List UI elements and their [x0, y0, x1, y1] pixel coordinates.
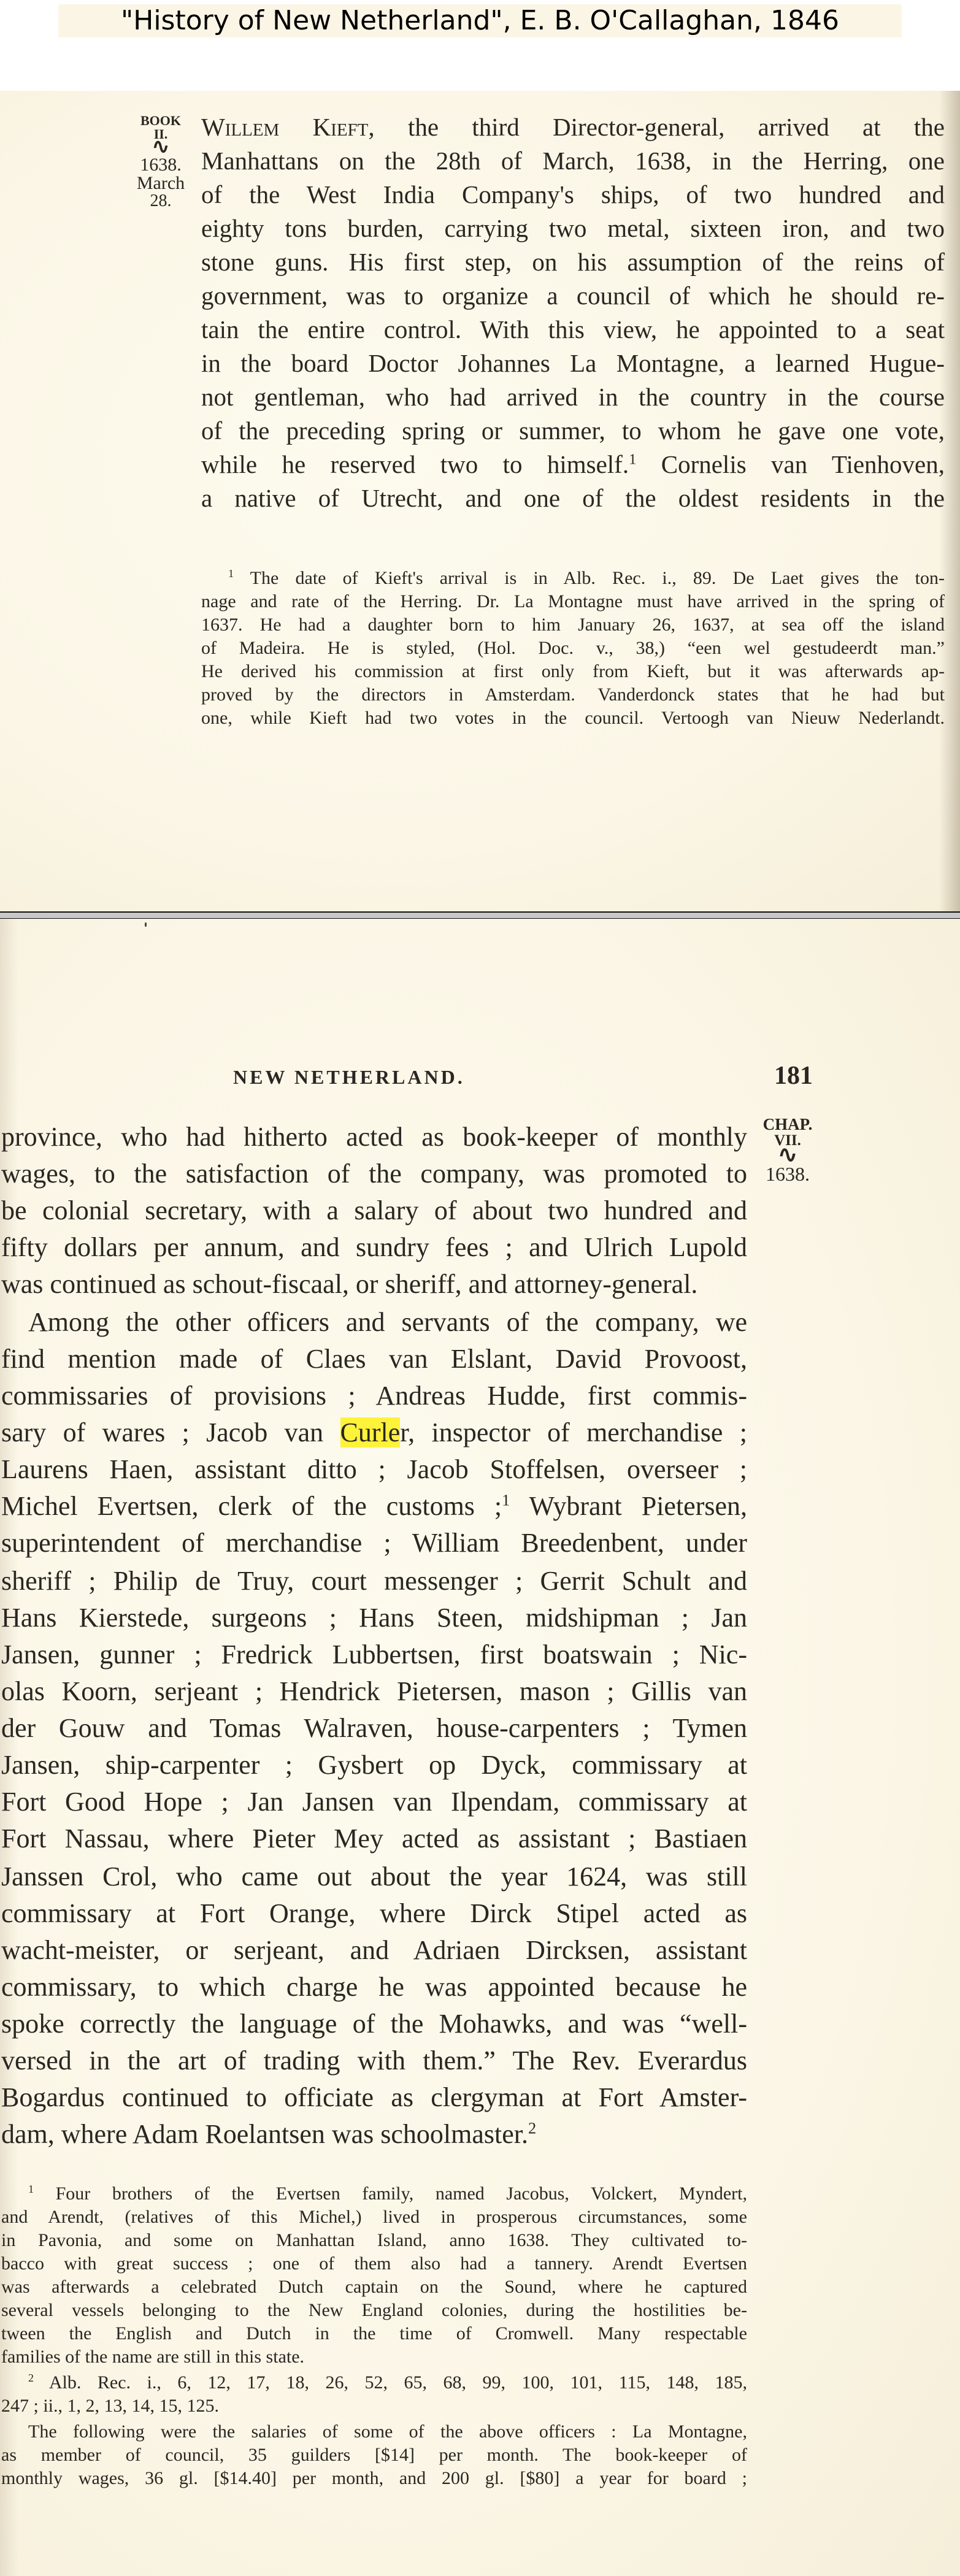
margin-note-book: BOOK II. ∿ 1638. March 28.: [130, 114, 191, 210]
body-line: spoke correctly the language of the Moha…: [1, 2006, 747, 2042]
body-line: commissaries of provisions ; Andreas Hud…: [1, 1378, 747, 1414]
body-line: dam, where Adam Roelantsen was schoolmas…: [1, 2116, 747, 2153]
page-180: BOOK II. ∿ 1638. March 28. Willem Kieft,…: [0, 91, 960, 912]
body-line: government, was to organize a council of…: [201, 279, 945, 313]
body-line: of the preceding spring or summer, to wh…: [201, 414, 945, 448]
body-line: be colonial secretary, with a salary of …: [1, 1192, 747, 1229]
footnote-marker: 1: [228, 567, 234, 580]
body-line: olas Koorn, serjeant ; Hendrick Pieterse…: [1, 1673, 747, 1710]
body-line: commissary at Fort Orange, where Dirck S…: [1, 1895, 747, 1932]
body-line: of the West India Company's ships, of tw…: [201, 178, 945, 212]
footnote-line: 1 The date of Kieft's arrival is in Alb.…: [201, 567, 945, 590]
footnote-line: nage and rate of the Herring. Dr. La Mon…: [201, 590, 945, 613]
footnote-line: one, while Kieft had two votes in the co…: [201, 707, 945, 730]
body-line: Among the other officers and servants of…: [1, 1304, 747, 1341]
page-181: NEW NETHERLAND. 181 CHAP. VII. ∿ 1638. p…: [0, 919, 960, 2576]
footnote-marker: 1: [28, 2183, 34, 2195]
footnote-line: bacco with great success ; one of them a…: [1, 2252, 747, 2275]
margin-year: 1638.: [130, 156, 191, 174]
body-line: Bogardus continued to officiate as clerg…: [1, 2079, 747, 2116]
body-line: find mention made of Claes van Elslant, …: [1, 1341, 747, 1378]
body-line: Jansen, gunner ; Fredrick Lubbertsen, fi…: [1, 1636, 747, 1673]
body-line: in the board Doctor Johannes La Montagne…: [201, 347, 945, 380]
footnote-line: 247 ; ii., 1, 2, 13, 14, 15, 125.: [1, 2394, 747, 2418]
footnote-ref[interactable]: 2: [528, 2118, 536, 2137]
caption-title: "History of New Netherland", E. B. O'Cal…: [58, 4, 902, 37]
footnote-line: 1 Four brothers of the Evertsen family, …: [1, 2182, 747, 2206]
footnote-marker: 2: [28, 2372, 34, 2384]
scan-speck: [145, 922, 147, 927]
margin-year: 1638.: [753, 1164, 822, 1184]
footnote-line: and Arendt, (relatives of this Michel,) …: [1, 2206, 747, 2229]
margin-note-chapter: CHAP. VII. ∿ 1638.: [753, 1116, 822, 1184]
body-line: tain the entire control. With this view,…: [201, 313, 945, 347]
body-line: fifty dollars per annum, and sundry fees…: [1, 1229, 747, 1266]
footnote-line: of Madeira. He is styled, (Hol. Doc. v.,…: [201, 637, 945, 660]
body-line: Willem Kieft, the third Director-general…: [201, 110, 945, 144]
body-line: Laurens Haen, assistant ditto ; Jacob St…: [1, 1451, 747, 1488]
body-line: wacht-meister, or serjeant, and Adriaen …: [1, 1932, 747, 1969]
brace-ornament-icon: ∿: [130, 141, 191, 156]
body-line: was continued as schout-fiscaal, or sher…: [1, 1266, 747, 1303]
footnote-line: monthly wages, 36 gl. [$14.40] per month…: [1, 2467, 747, 2490]
body-line: Fort Good Hope ; Jan Jansen van Ilpendam…: [1, 1784, 747, 1820]
footnote-line: was afterwards a celebrated Dutch captai…: [1, 2275, 747, 2299]
footnote-line: proved by the directors in Amsterdam. Va…: [201, 683, 945, 707]
footnote-line: He derived his commission at first only …: [201, 660, 945, 683]
footnote-line: 1637. He had a daughter born to him Janu…: [201, 613, 945, 637]
body-line: not gentleman, who had arrived in the co…: [201, 380, 945, 414]
body-line: province, who had hitherto acted as book…: [1, 1119, 747, 1156]
footnote-line: 2 Alb. Rec. i., 6, 12, 17, 18, 26, 52, 6…: [1, 2371, 747, 2394]
brace-ornament-icon: ∿: [753, 1148, 822, 1164]
footnote-line: The following were the salaries of some …: [1, 2420, 747, 2444]
footnote-ref[interactable]: 1: [502, 1490, 510, 1509]
margin-book-label: BOOK: [130, 114, 191, 128]
body-line: der Gouw and Tomas Walraven, house-carpe…: [1, 1710, 747, 1747]
body-line: Michel Evertsen, clerk of the customs ;1…: [1, 1488, 747, 1525]
body-line: Fort Nassau, where Pieter Mey acted as a…: [1, 1820, 747, 1857]
margin-chap-label: CHAP.: [753, 1116, 822, 1133]
body-line: eighty tons burden, carrying two metal, …: [201, 212, 945, 245]
body-line: stone guns. His first step, on his assum…: [201, 245, 945, 279]
body-line: Manhattans on the 28th of March, 1638, i…: [201, 144, 945, 178]
footnote-line: as member of council, 35 guilders [$14] …: [1, 2444, 747, 2467]
body-line: while he reserved two to himself.1 Corne…: [201, 448, 945, 481]
body-line: sary of wares ; Jacob van Curler, inspec…: [1, 1414, 747, 1451]
footnote-line: tween the English and Dutch in the time …: [1, 2322, 747, 2345]
margin-month: March: [130, 174, 191, 193]
body-line: Jansen, ship-carpenter ; Gysbert op Dyck…: [1, 1747, 747, 1784]
body-line: superintendent of merchandise ; William …: [1, 1525, 747, 1562]
page-number: 181: [774, 1061, 813, 1091]
search-highlight[interactable]: Curle: [340, 1417, 401, 1447]
body-line: a native of Utrecht, and one of the olde…: [201, 481, 945, 515]
body-line: versed in the art of trading with them.”…: [1, 2042, 747, 2079]
running-head: NEW NETHERLAND.: [233, 1066, 465, 1089]
body-line: Hans Kierstede, surgeons ; Hans Steen, m…: [1, 1600, 747, 1636]
body-line: commissary, to which charge he was appoi…: [1, 1969, 747, 2006]
margin-day: 28.: [130, 193, 191, 210]
body-line: sheriff ; Philip de Truy, court messenge…: [1, 1563, 747, 1600]
body-line: wages, to the satisfaction of the compan…: [1, 1156, 747, 1192]
footnote-line: families of the name are still in this s…: [1, 2345, 747, 2369]
footnote-ref[interactable]: 1: [629, 451, 636, 467]
footnote-line: several vessels belonging to the New Eng…: [1, 2299, 747, 2322]
body-line: Janssen Crol, who came out about the yea…: [1, 1858, 747, 1895]
footnote-line: in Pavonia, and some on Manhattan Island…: [1, 2229, 747, 2252]
